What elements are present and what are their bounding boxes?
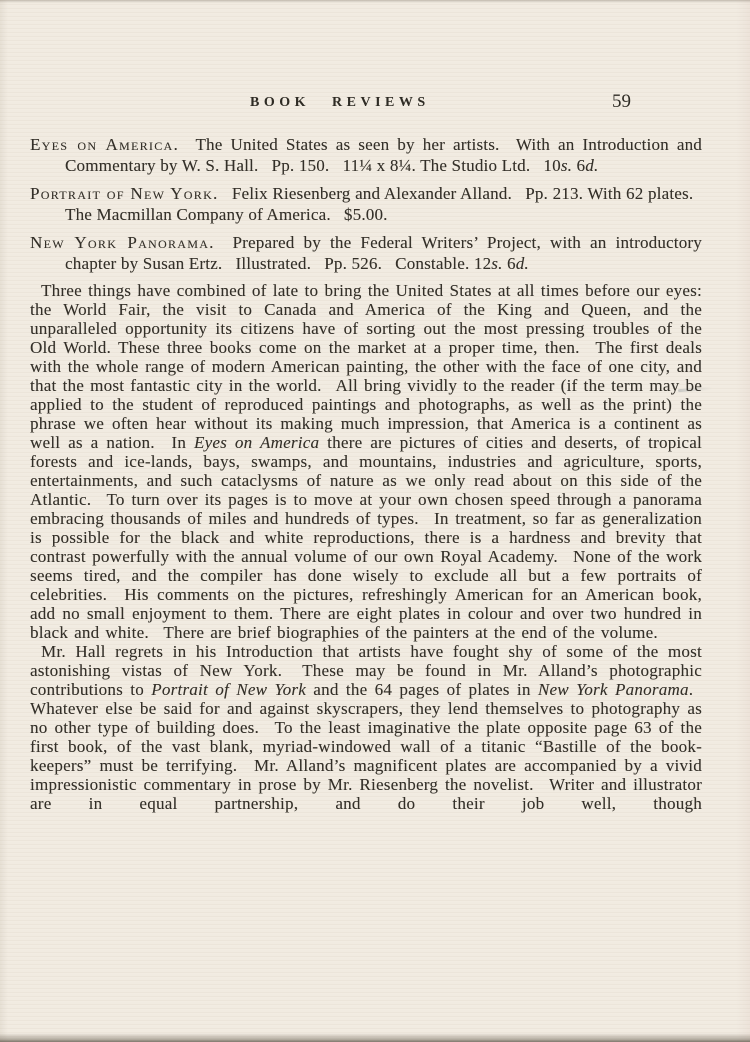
- text-segment-normal: . Whatever else be said for and against …: [30, 680, 702, 813]
- scanned-book-page: BOOK REVIEWS 59 Eyes on America. The Uni…: [0, 0, 750, 1042]
- review-body: Three things have combined of late to br…: [30, 281, 702, 813]
- review-entry-portrait-of-new-york: Portrait of New York. Felix Riesenberg a…: [30, 183, 702, 225]
- text-segment-smallcaps: Portrait of New York.: [30, 184, 219, 203]
- text-segment-italic: Portrait of New York: [151, 680, 306, 699]
- text-segment-smallcaps: Eyes on America.: [30, 135, 179, 154]
- text-segment-italic: s.: [561, 156, 572, 175]
- text-segment-normal: Three things have combined of late to br…: [30, 281, 702, 452]
- text-segment-italic: New York Panorama: [538, 680, 689, 699]
- page-title: BOOK REVIEWS: [250, 95, 430, 111]
- text-segment-normal: 6: [503, 254, 516, 273]
- text-segment-normal: 6: [572, 156, 585, 175]
- body-paragraph-2: Mr. Hall regrets in his Introduction tha…: [30, 642, 702, 813]
- text-segment-italic: Eyes on America: [194, 433, 319, 452]
- text-segment-italic: d.: [585, 156, 598, 175]
- body-paragraph-1: Three things have combined of late to br…: [30, 281, 702, 642]
- running-header: BOOK REVIEWS 59: [0, 0, 750, 120]
- text-segment-normal: there are pictures of cities and deserts…: [30, 433, 702, 642]
- text-segment-normal: and the 64 pages of plates in: [306, 680, 538, 699]
- page-number: 59: [612, 91, 631, 113]
- review-entry-eyes-on-america: Eyes on America. The United States as se…: [30, 134, 702, 176]
- text-segment-italic: d.: [516, 254, 529, 273]
- review-entry-new-york-panorama: New York Panorama. Prepared by the Feder…: [30, 232, 702, 274]
- text-segment-smallcaps: New York Panorama.: [30, 233, 215, 252]
- text-segment-italic: s.: [491, 254, 502, 273]
- page-content: BOOK REVIEWS 59 Eyes on America. The Uni…: [0, 0, 750, 1042]
